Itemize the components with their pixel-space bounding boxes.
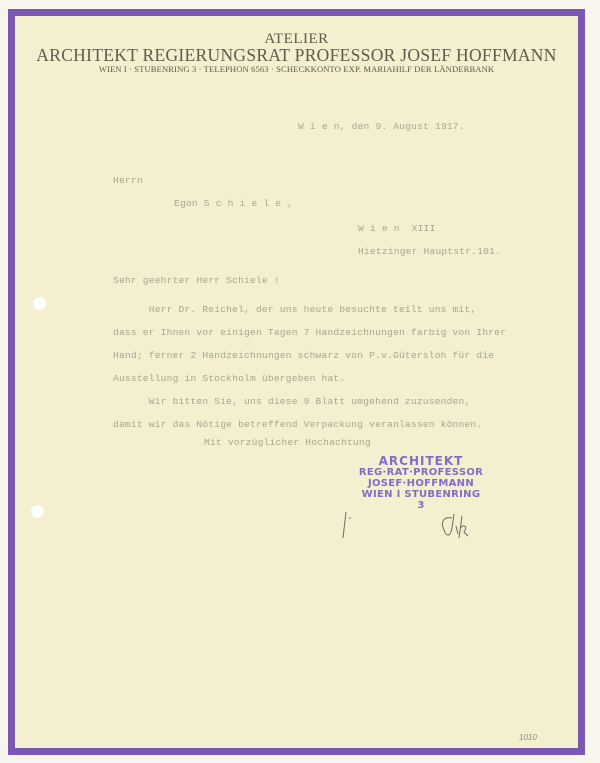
stamp-line: JOSEF·HOFFMANN — [336, 478, 506, 489]
signature-mark — [340, 508, 500, 544]
body-line: damit wir das Nötige betreffend Verpacku… — [113, 419, 482, 430]
body-line: Hand; ferner 2 Handzeichnungen schwarz v… — [113, 350, 494, 361]
greeting: Sehr geehrter Herr Schiele ! — [113, 275, 280, 286]
body-line: Wir bitten Sie, uns diese 9 Blatt umgehe… — [113, 396, 470, 407]
recipient-name: Egon S c h i e l e , — [174, 198, 293, 209]
recipient-street: Hietzinger Hauptstr.101. — [358, 246, 501, 257]
letterhead: ATELIER ARCHITEKT REGIERUNGSRAT PROFESSO… — [15, 32, 578, 75]
archive-number: 1010 — [519, 733, 537, 742]
architect-stamp: ARCHITEKT REG·RAT·PROFESSOR JOSEF·HOFFMA… — [336, 456, 506, 511]
date-line: W i e n, den 9. August 1917. — [298, 121, 465, 132]
stamp-line: ARCHITEKT — [336, 456, 506, 467]
punch-hole-bottom — [31, 505, 44, 518]
letterhead-address: WIEN I · STUBENRING 3 · TELEPHON 6563 · … — [15, 64, 578, 75]
body-line: Herr Dr. Reichel, der uns heute besuchte… — [113, 304, 476, 315]
body-line: Ausstellung in Stockholm übergeben hat. — [113, 373, 345, 384]
body-line: dass er Ihnen vor einigen Tagen 7 Handze… — [113, 327, 506, 338]
recipient-city: W i e n XIII — [358, 223, 435, 234]
stamp-line: WIEN I STUBENRING — [336, 489, 506, 500]
stamp-line: REG·RAT·PROFESSOR — [336, 467, 506, 478]
closing: Mit vorzüglicher Hochachtung — [204, 437, 371, 448]
punch-hole-top — [33, 297, 46, 310]
letterhead-name: ARCHITEKT REGIERUNGSRAT PROFESSOR JOSEF … — [15, 47, 578, 64]
recipient-title: Herrn — [113, 175, 143, 186]
